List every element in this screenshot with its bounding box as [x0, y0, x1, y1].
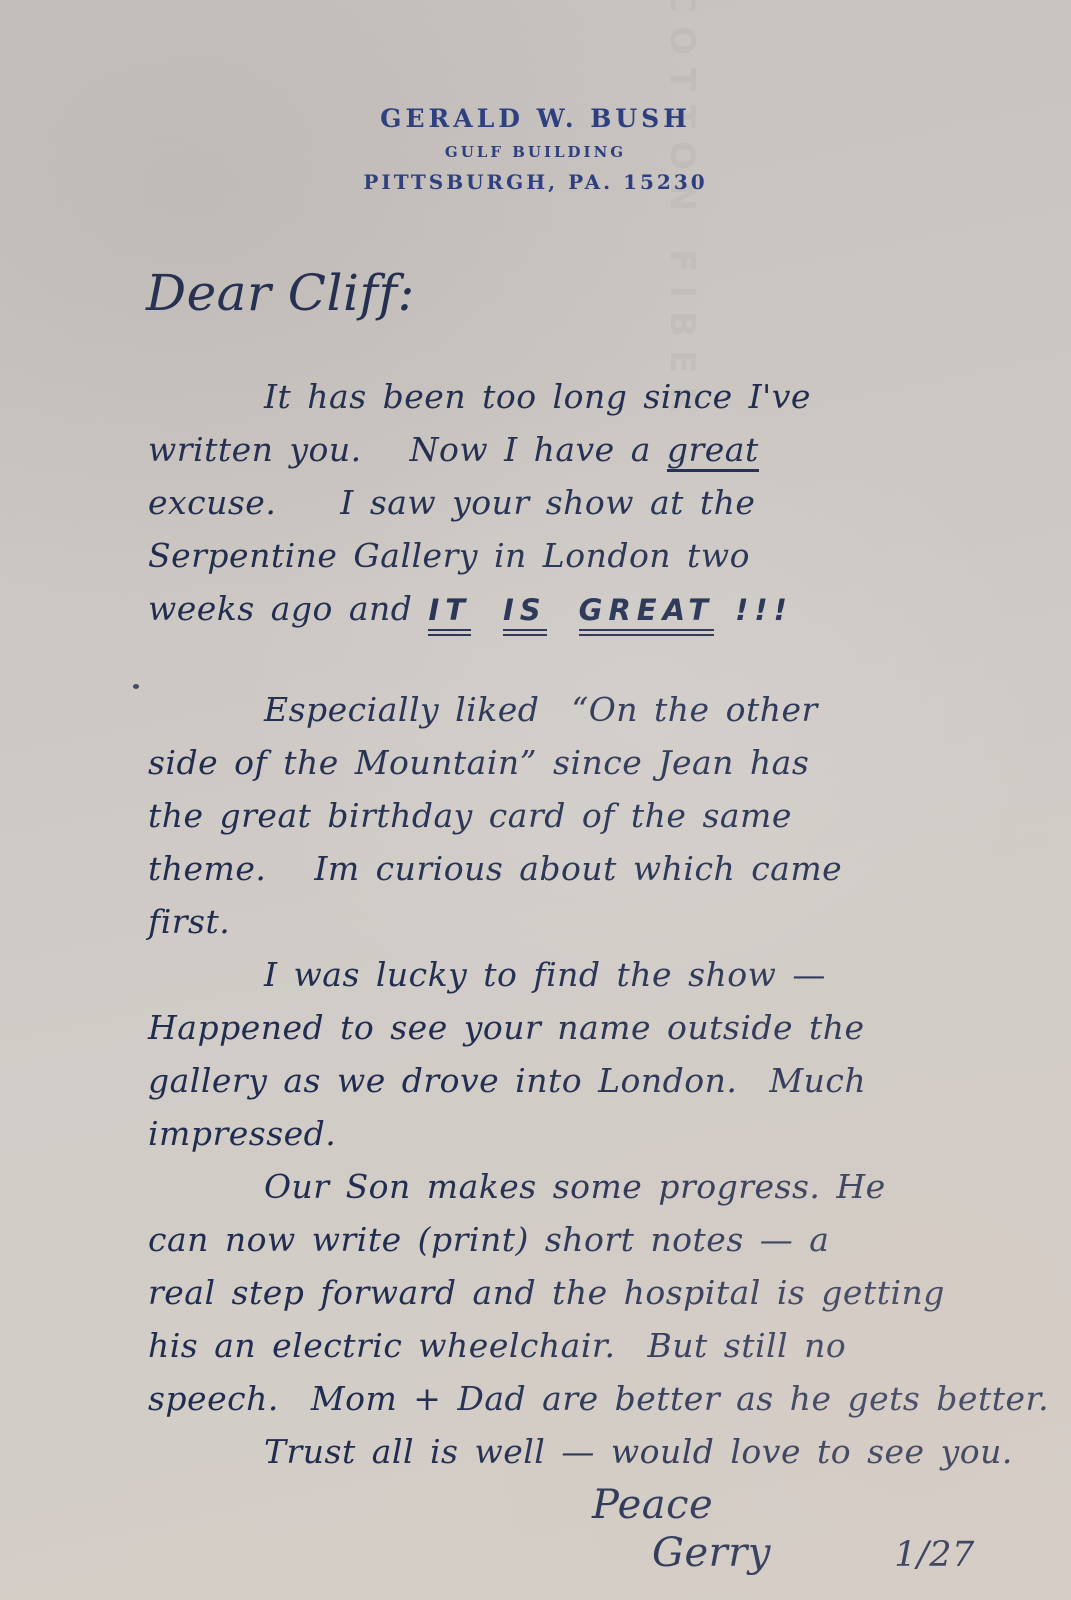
- handwritten-line: gallery as we drove into London. Much: [148, 1054, 1015, 1107]
- handwritten-line: written you. Now I have a great: [148, 423, 1015, 476]
- text-segment: gallery as we drove into London. Much: [148, 1061, 866, 1100]
- handwritten-line: first.: [148, 895, 1015, 948]
- handwritten-line: Trust all is well — would love to see yo…: [148, 1425, 1015, 1478]
- handwritten-line: I was lucky to find the show —: [148, 948, 1015, 1001]
- handwritten-line: can now write (print) short notes — a: [148, 1213, 1015, 1266]
- text-segment: I was lucky to find the show —: [264, 955, 826, 994]
- text-segment: speech. Mom + Dad are better as he gets …: [148, 1379, 1049, 1418]
- text-segment: real step forward and the hospital is ge…: [148, 1273, 945, 1312]
- text-segment: great: [667, 430, 759, 472]
- text-segment: written you. Now I have a: [148, 430, 667, 469]
- text-segment: can now write (print) short notes — a: [148, 1220, 829, 1259]
- letterhead-building: GULF BUILDING: [0, 143, 1071, 161]
- text-segment: It has been too long since I've: [264, 377, 811, 416]
- text-segment: Especially liked “On the other: [264, 690, 818, 729]
- emphasized-word: GREAT: [579, 593, 714, 636]
- salutation: Dear Cliff:: [146, 264, 1071, 322]
- handwritten-line: Our Son makes some progress. He: [148, 1160, 1015, 1213]
- text-segment: the great birthday card of the same: [148, 796, 792, 835]
- handwritten-letter: Dear Cliff: It has been too long since I…: [0, 264, 1071, 1576]
- text-segment: impressed.: [148, 1114, 336, 1153]
- handwritten-line: speech. Mom + Dad are better as he gets …: [148, 1372, 1015, 1425]
- text-segment: Happened to see your name outside the: [148, 1008, 865, 1047]
- text-segment: Serpentine Gallery in London two: [148, 536, 750, 575]
- handwritten-line: theme. Im curious about which came: [148, 842, 1015, 895]
- text-segment: side of the Mountain” since Jean has: [148, 743, 809, 782]
- text-segment: [471, 589, 503, 628]
- text-segment: Trust all is well — would love to see yo…: [264, 1432, 1013, 1471]
- handwritten-line: his an electric wheelchair. But still no: [148, 1319, 1015, 1372]
- paragraph: It has been too long since I'vewritten y…: [148, 370, 1015, 637]
- handwritten-line: weeks ago and IT IS GREAT !!!: [148, 582, 1015, 637]
- handwritten-line: Serpentine Gallery in London two: [148, 529, 1015, 582]
- paragraph: Especially liked “On the otherside of th…: [148, 683, 1015, 948]
- text-segment: excuse. I saw your show at the: [148, 483, 755, 522]
- ink-speck: [133, 684, 139, 689]
- handwritten-line: impressed.: [148, 1107, 1015, 1160]
- letterhead-city: PITTSBURGH, PA. 15230: [0, 170, 1071, 194]
- text-segment: his an electric wheelchair. But still no: [148, 1326, 846, 1365]
- paragraph: Trust all is well — would love to see yo…: [148, 1425, 1015, 1478]
- emphasized-word: IS: [503, 593, 547, 636]
- text-segment: [547, 589, 579, 628]
- letterhead-name: GERALD W. BUSH: [0, 104, 1071, 133]
- handwritten-line: the great birthday card of the same: [148, 789, 1015, 842]
- handwritten-line: real step forward and the hospital is ge…: [148, 1266, 1015, 1319]
- signature-block: Peace Gerry 1/27: [592, 1482, 1071, 1576]
- emphasized-word: IT: [428, 593, 471, 636]
- letter-body: It has been too long since I'vewritten y…: [148, 370, 1015, 1478]
- signature-name: Gerry: [652, 1530, 771, 1576]
- signature-row: Gerry 1/27: [652, 1530, 1071, 1576]
- text-segment: first.: [148, 902, 230, 941]
- letterhead: GERALD W. BUSH GULF BUILDING PITTSBURGH,…: [0, 0, 1071, 194]
- handwritten-line: Especially liked “On the other: [148, 683, 1015, 736]
- paragraph: Our Son makes some progress. Hecan now w…: [148, 1160, 1015, 1425]
- text-segment: weeks ago and: [148, 589, 428, 628]
- handwritten-line: excuse. I saw your show at the: [148, 476, 1015, 529]
- handwritten-line: It has been too long since I've: [148, 370, 1015, 423]
- paragraph: I was lucky to find the show —Happened t…: [148, 948, 1015, 1160]
- emphasized-word: !!!: [714, 593, 793, 627]
- handwritten-line: Happened to see your name outside the: [148, 1001, 1015, 1054]
- letter-date: 1/27: [894, 1535, 975, 1575]
- handwritten-line: side of the Mountain” since Jean has: [148, 736, 1015, 789]
- closing-word: Peace: [592, 1482, 1071, 1528]
- text-segment: Our Son makes some progress. He: [264, 1167, 886, 1206]
- letter-sheet: COTTON FIBER GERALD W. BUSH GULF BUILDIN…: [0, 0, 1071, 1600]
- text-segment: theme. Im curious about which came: [148, 849, 842, 888]
